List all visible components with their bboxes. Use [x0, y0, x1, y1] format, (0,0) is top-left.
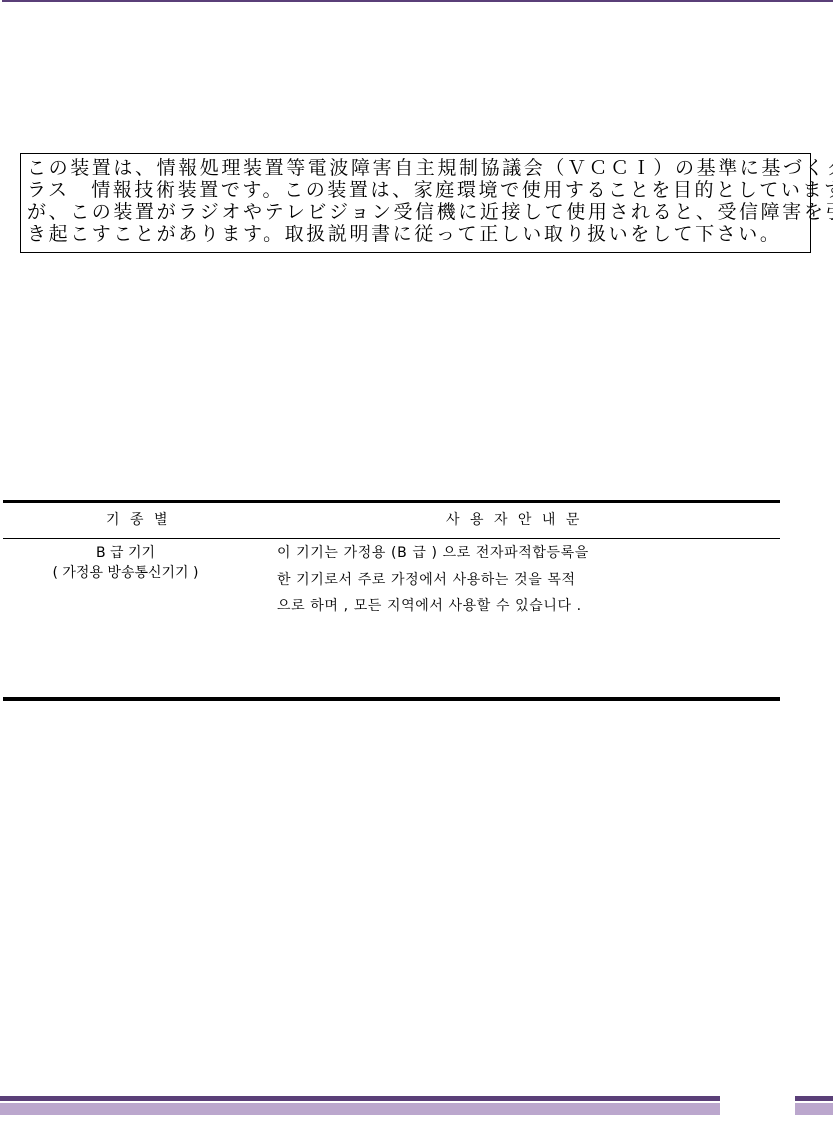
- device-class-line: B 급 기기: [3, 543, 248, 563]
- footer-rule-dark-right: [795, 1096, 833, 1101]
- vcci-notice-box: この装置は、情報処理装置等電波障害自主規制協議会（ＶＣＣＩ）の基準に基づくク ラ…: [20, 153, 811, 253]
- footer-band-light: [0, 1103, 720, 1115]
- vcci-notice-line: き起こすことがあります。取扱説明書に従って正しい取り扱いをして下さい。: [27, 223, 810, 245]
- user-notice-line: 이 기기는 가정용 (B 급 ) 으로 전자파적합등록을: [277, 540, 589, 566]
- footer-rule-dark: [0, 1096, 720, 1101]
- table-header-rule: [3, 538, 780, 539]
- user-notice-line: 한 기기로서 주로 가정에서 사용하는 것을 목적: [277, 567, 576, 593]
- table-header-device-class: 기 종 별: [106, 509, 170, 529]
- header-rule: [2, 0, 833, 2]
- device-class-line: ( 가정용 방송통신기기 ): [3, 563, 248, 583]
- table-top-rule: [3, 500, 780, 503]
- table-bottom-rule: [3, 697, 780, 701]
- footer-band-light-right: [795, 1103, 833, 1115]
- vcci-notice-line: この装置は、情報処理装置等電波障害自主規制協議会（ＶＣＣＩ）の基準に基づくク: [27, 157, 810, 179]
- user-notice-line: 으로 하며 , 모든 지역에서 사용할 수 있습니다 .: [277, 593, 582, 619]
- vcci-notice-line: ラス 情報技術装置です。この装置は、家庭環境で使用することを目的としています: [27, 179, 810, 201]
- table-header-user-notice: 사 용 자 안 내 문: [446, 509, 582, 529]
- vcci-notice-line: が、この装置がラジオやテレビジョン受信機に近接して使用されると、受信障害を引: [27, 201, 810, 223]
